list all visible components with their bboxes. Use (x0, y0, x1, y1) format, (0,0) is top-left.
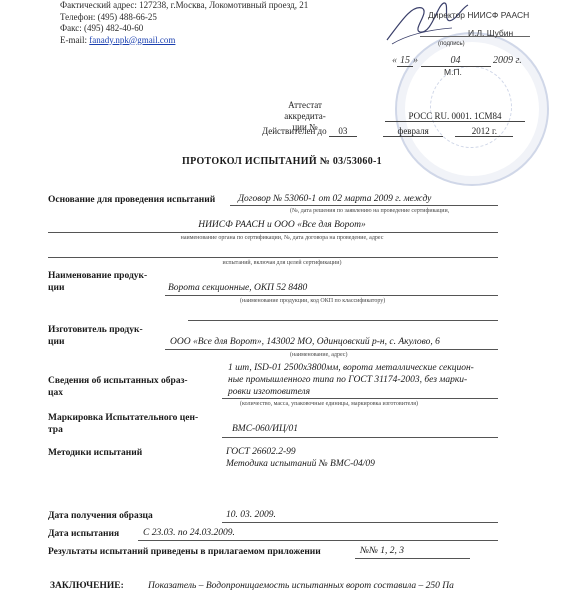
marking-label: Маркировка Испытательного цен- тра (48, 412, 198, 436)
basis-hint1: (№, дата решения по заявлению на проведе… (290, 208, 449, 214)
valid-day: 03 (329, 126, 357, 137)
valid-year: 2012 г. (455, 126, 513, 137)
fax-text: Факс: (495) 482-40-60 (60, 23, 308, 35)
received-underline (222, 522, 498, 523)
address-text: Фактический адрес: 127238, г.Москва, Лок… (60, 0, 308, 12)
basis-underline1 (230, 205, 498, 206)
accreditation-number: РОСС RU. 0001. 1СМ84 (385, 111, 525, 122)
results-underline (355, 558, 470, 559)
marking-label-line1: Маркировка Испытательного цен- (48, 412, 198, 424)
director-name: И.Л. Шубин (468, 28, 513, 38)
test-date-value: С 23.03. по 24.03.2009. (143, 527, 235, 539)
valid-label: Действителен до (262, 126, 327, 136)
signature-hint: (подпись) (438, 41, 465, 47)
email-label: E-mail: (60, 35, 89, 45)
test-date-label: Дата испытания (48, 528, 119, 540)
approval-day: 15 (397, 55, 413, 67)
approval-year-prefix: 20 (493, 55, 503, 66)
basis-value-line2: НИИСФ РААСН и ООО «Все для Ворот» (0, 219, 564, 231)
approval-date: «15» 04 2009 г. (392, 55, 522, 67)
approval-year-suffix: г. (516, 55, 522, 66)
samples-value-line2: ные промышленного типа по ГОСТ 31174-200… (228, 374, 474, 386)
product-extra-line (188, 320, 498, 321)
samples-value: 1 шт, ISD-01 2500х3800мм, ворота металли… (228, 362, 474, 398)
product-underline (165, 295, 498, 296)
contact-block: Фактический адрес: 127238, г.Москва, Лок… (60, 0, 308, 46)
marking-value: ВМС-060/ИЦ/01 (232, 423, 298, 435)
methods-value-line1: ГОСТ 26602.2-99 (226, 446, 375, 458)
signature-icon (382, 0, 472, 45)
accreditation-label-line1: Аттестат аккредита- (270, 100, 340, 122)
product-hint: (наименование продукции, код ОКП по клас… (240, 298, 385, 304)
samples-label: Сведения об испытанных образ- цах (48, 375, 188, 399)
methods-value-line2: Методика испытаний № ВМС-04/09 (226, 458, 375, 470)
conclusion-label: ЗАКЛЮЧЕНИЕ: (50, 580, 124, 592)
samples-label-line2: цах (48, 387, 188, 399)
director-title: Директор НИИСФ РААСН (428, 10, 529, 20)
received-label: Дата получения образца (48, 510, 153, 522)
samples-label-line1: Сведения об испытанных образ- (48, 375, 188, 387)
methods-label: Методики испытаний (48, 447, 142, 459)
manufacturer-label-line2: ции (48, 336, 143, 348)
product-label: Наименование продук- ции (48, 270, 147, 294)
manufacturer-label-line1: Изготовитель продук- (48, 324, 143, 336)
methods-value: ГОСТ 26602.2-99 Методика испытаний № ВМС… (226, 446, 375, 470)
marking-underline (222, 437, 498, 438)
test-date-underline (138, 540, 498, 541)
document-title: ПРОТОКОЛ ИСПЫТАНИЙ № 03/53060-1 (0, 156, 564, 167)
valid-month: февраля (383, 126, 443, 137)
approval-year: 09 (503, 55, 513, 66)
accreditation-number-field: РОСС RU. 0001. 1СМ84 (385, 111, 525, 122)
basis-label: Основание для проведения испытаний (48, 194, 215, 206)
email-line: E-mail: fanady.npk@gmail.com (60, 35, 308, 47)
results-value: №№ 1, 2, 3 (360, 545, 404, 557)
email-link[interactable]: fanady.npk@gmail.com (89, 35, 175, 45)
samples-value-line3: ровки изготовителя (228, 386, 474, 398)
manufacturer-underline (165, 349, 498, 350)
approval-month: 04 (421, 55, 491, 67)
samples-value-line1: 1 шт, ISD-01 2500х3800мм, ворота металли… (228, 362, 474, 374)
accreditation-validity: Действителен до 03 февраля 2012 г. (262, 126, 513, 137)
phone-text: Телефон: (495) 488-66-25 (60, 12, 308, 24)
manufacturer-label: Изготовитель продук- ции (48, 324, 143, 348)
marking-label-line2: тра (48, 424, 198, 436)
conclusion-value: Показатель – Водопроницаемость испытанны… (148, 580, 454, 592)
basis-underline3 (48, 257, 498, 258)
manufacturer-hint: (наименование, адрес) (290, 352, 347, 358)
basis-value-line1: Договор № 53060-1 от 02 марта 2009 г. ме… (238, 193, 431, 205)
samples-hint: (количество, масса, упаковочные единицы,… (240, 401, 418, 407)
basis-hint2: наименование органа по сертификации, №, … (0, 235, 564, 241)
results-label: Результаты испытаний приведены в прилага… (48, 546, 321, 558)
basis-underline2 (48, 232, 498, 233)
product-label-line2: ции (48, 282, 147, 294)
manufacturer-value: ООО «Все для Ворот», 143002 МО, Одинцовс… (170, 336, 440, 348)
product-value: Ворота секционные, ОКП 52 8480 (168, 282, 307, 294)
samples-underline (222, 398, 498, 399)
stamp-label: М.П. (444, 67, 462, 77)
basis-hint3: испытаний, включая для целей сертификаци… (0, 260, 564, 266)
received-value: 10. 03. 2009. (226, 509, 276, 521)
product-label-line1: Наименование продук- (48, 270, 147, 282)
